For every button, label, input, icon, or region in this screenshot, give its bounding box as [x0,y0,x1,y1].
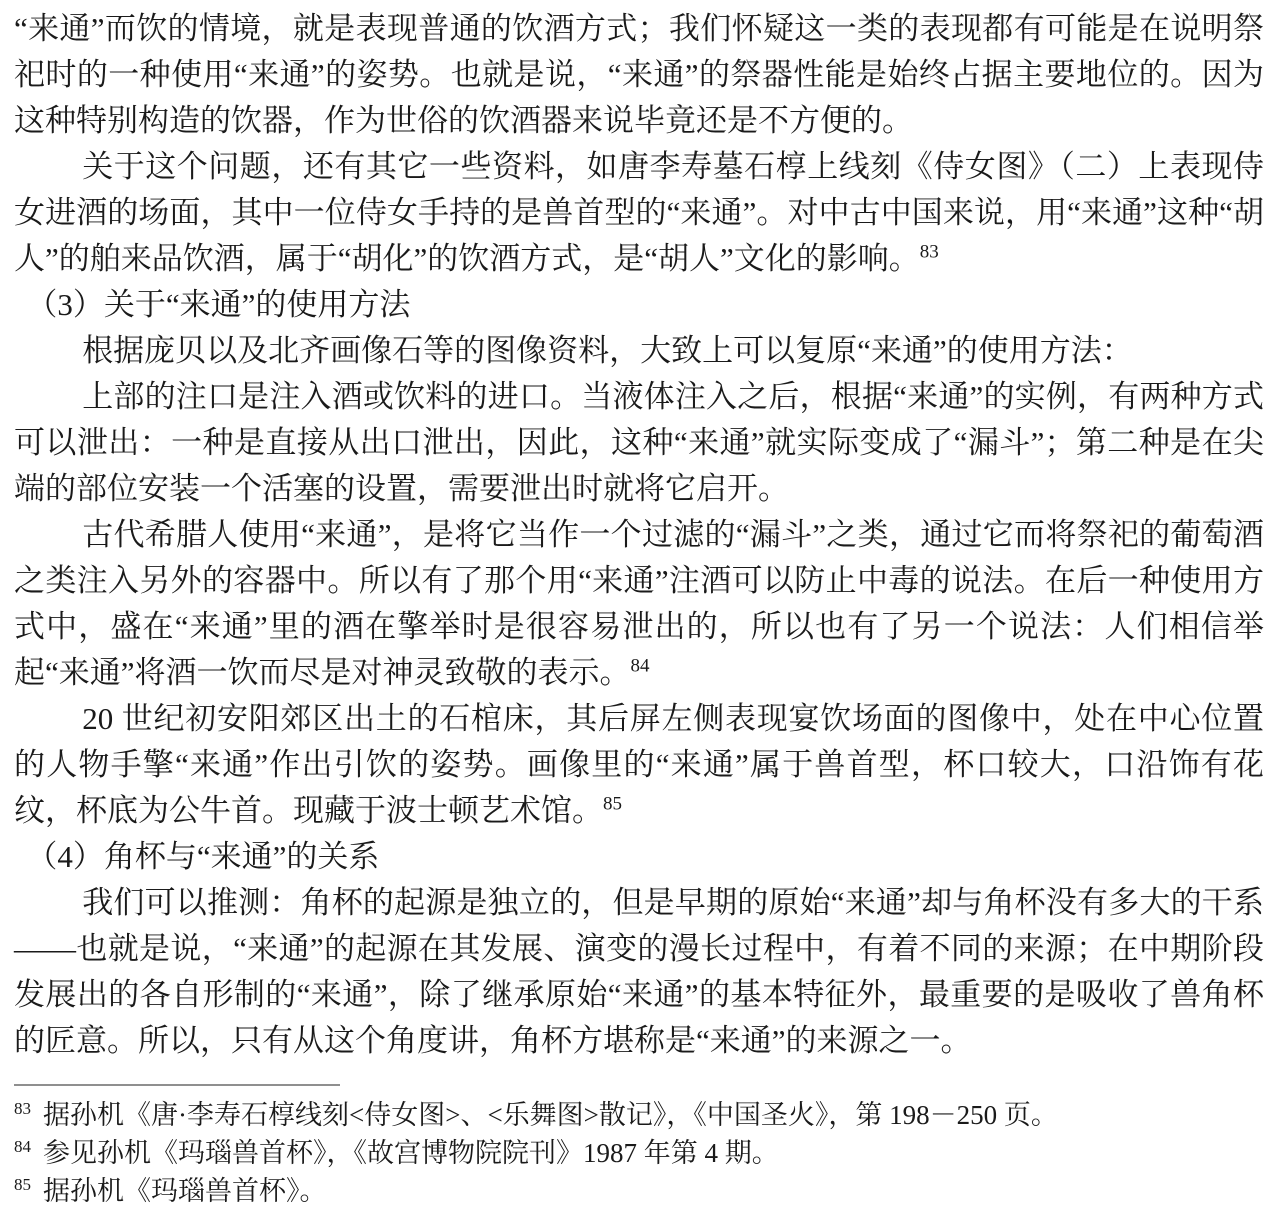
footnote-text: 参见孙机《玛瑙兽首杯》，《故宫博物院院刊》1987 年第 4 期。 [43,1138,779,1168]
paragraph-continuation: “来通”而饮的情境，就是表现普通的饮酒方式；我们怀疑这一类的表现都有可能是在说明… [14,6,1264,144]
heading-text: （3）关于“来通”的使用方法 [26,287,410,322]
paragraph-horn-cup-relation: 我们可以推测：角杯的起源是独立的，但是早期的原始“来通”却与角杯没有多大的干系—… [14,880,1264,1064]
footnote-text: 据孙机《唐·李寿石椁线刻<侍女图>、<乐舞图>散记》，《中国圣火》，第 198－… [43,1100,1058,1130]
footnote-83: 83据孙机《唐·李寿石椁线刻<侍女图>、<乐舞图>散记》，《中国圣火》，第 19… [14,1096,1264,1134]
section-heading-4: （4）角杯与“来通”的关系 [14,834,1264,880]
footnote-number: 85 [14,1175,31,1194]
paragraph-lishou-tomb: 关于这个问题，还有其它一些资料，如唐李寿墓石椁上线刻《侍女图》（二）上表现侍女进… [14,144,1264,282]
footnote-text: 据孙机《玛瑙兽首杯》。 [43,1176,327,1206]
footnote-84: 84参见孙机《玛瑙兽首杯》，《故宫博物院院刊》1987 年第 4 期。 [14,1134,1264,1172]
paragraph-text: 20 世纪初安阳郊区出土的石棺床，其后屏左侧表现宴饮场面的图像中，处在中心位置的… [14,701,1264,828]
footnote-85: 85据孙机《玛瑙兽首杯》。 [14,1172,1264,1210]
footnote-ref-85: 85 [603,794,622,815]
heading-text: （4）角杯与“来通”的关系 [26,839,379,874]
footnote-ref-84: 84 [631,656,650,677]
paragraph-text: 我们可以推测：角杯的起源是独立的，但是早期的原始“来通”却与角杯没有多大的干系—… [14,885,1264,1058]
paragraph-text: 根据庞贝以及北齐画像石等的图像资料，大致上可以复原“来通”的使用方法： [82,333,1133,368]
body-text: “来通”而饮的情境，就是表现普通的饮酒方式；我们怀疑这一类的表现都有可能是在说明… [14,6,1264,1064]
paragraph-pompeii-sources: 根据庞贝以及北齐画像石等的图像资料，大致上可以复原“来通”的使用方法： [14,328,1264,374]
paragraph-pour-methods: 上部的注口是注入酒或饮料的进口。当液体注入之后，根据“来通”的实例，有两种方式可… [14,374,1264,512]
document-page: “来通”而饮的情境，就是表现普通的饮酒方式；我们怀疑这一类的表现都有可能是在说明… [0,0,1280,1220]
paragraph-text: “来通”而饮的情境，就是表现普通的饮酒方式；我们怀疑这一类的表现都有可能是在说明… [14,11,1264,138]
paragraph-anyang-couch: 20 世纪初安阳郊区出土的石棺床，其后屏左侧表现宴饮场面的图像中，处在中心位置的… [14,696,1264,834]
section-heading-3: （3）关于“来通”的使用方法 [14,282,1264,328]
paragraph-text: 关于这个问题，还有其它一些资料，如唐李寿墓石椁上线刻《侍女图》（二）上表现侍女进… [14,149,1264,276]
footnotes-section: 83据孙机《唐·李寿石椁线刻<侍女图>、<乐舞图>散记》，《中国圣火》，第 19… [14,1096,1264,1210]
paragraph-greek-usage: 古代希腊人使用“来通”，是将它当作一个过滤的“漏斗”之类，通过它而将祭祀的葡萄酒… [14,512,1264,696]
footnote-divider [14,1084,340,1086]
footnote-ref-83: 83 [920,242,939,263]
footnote-number: 83 [14,1099,31,1118]
paragraph-text: 上部的注口是注入酒或饮料的进口。当液体注入之后，根据“来通”的实例，有两种方式可… [14,379,1264,506]
footnote-number: 84 [14,1137,31,1156]
